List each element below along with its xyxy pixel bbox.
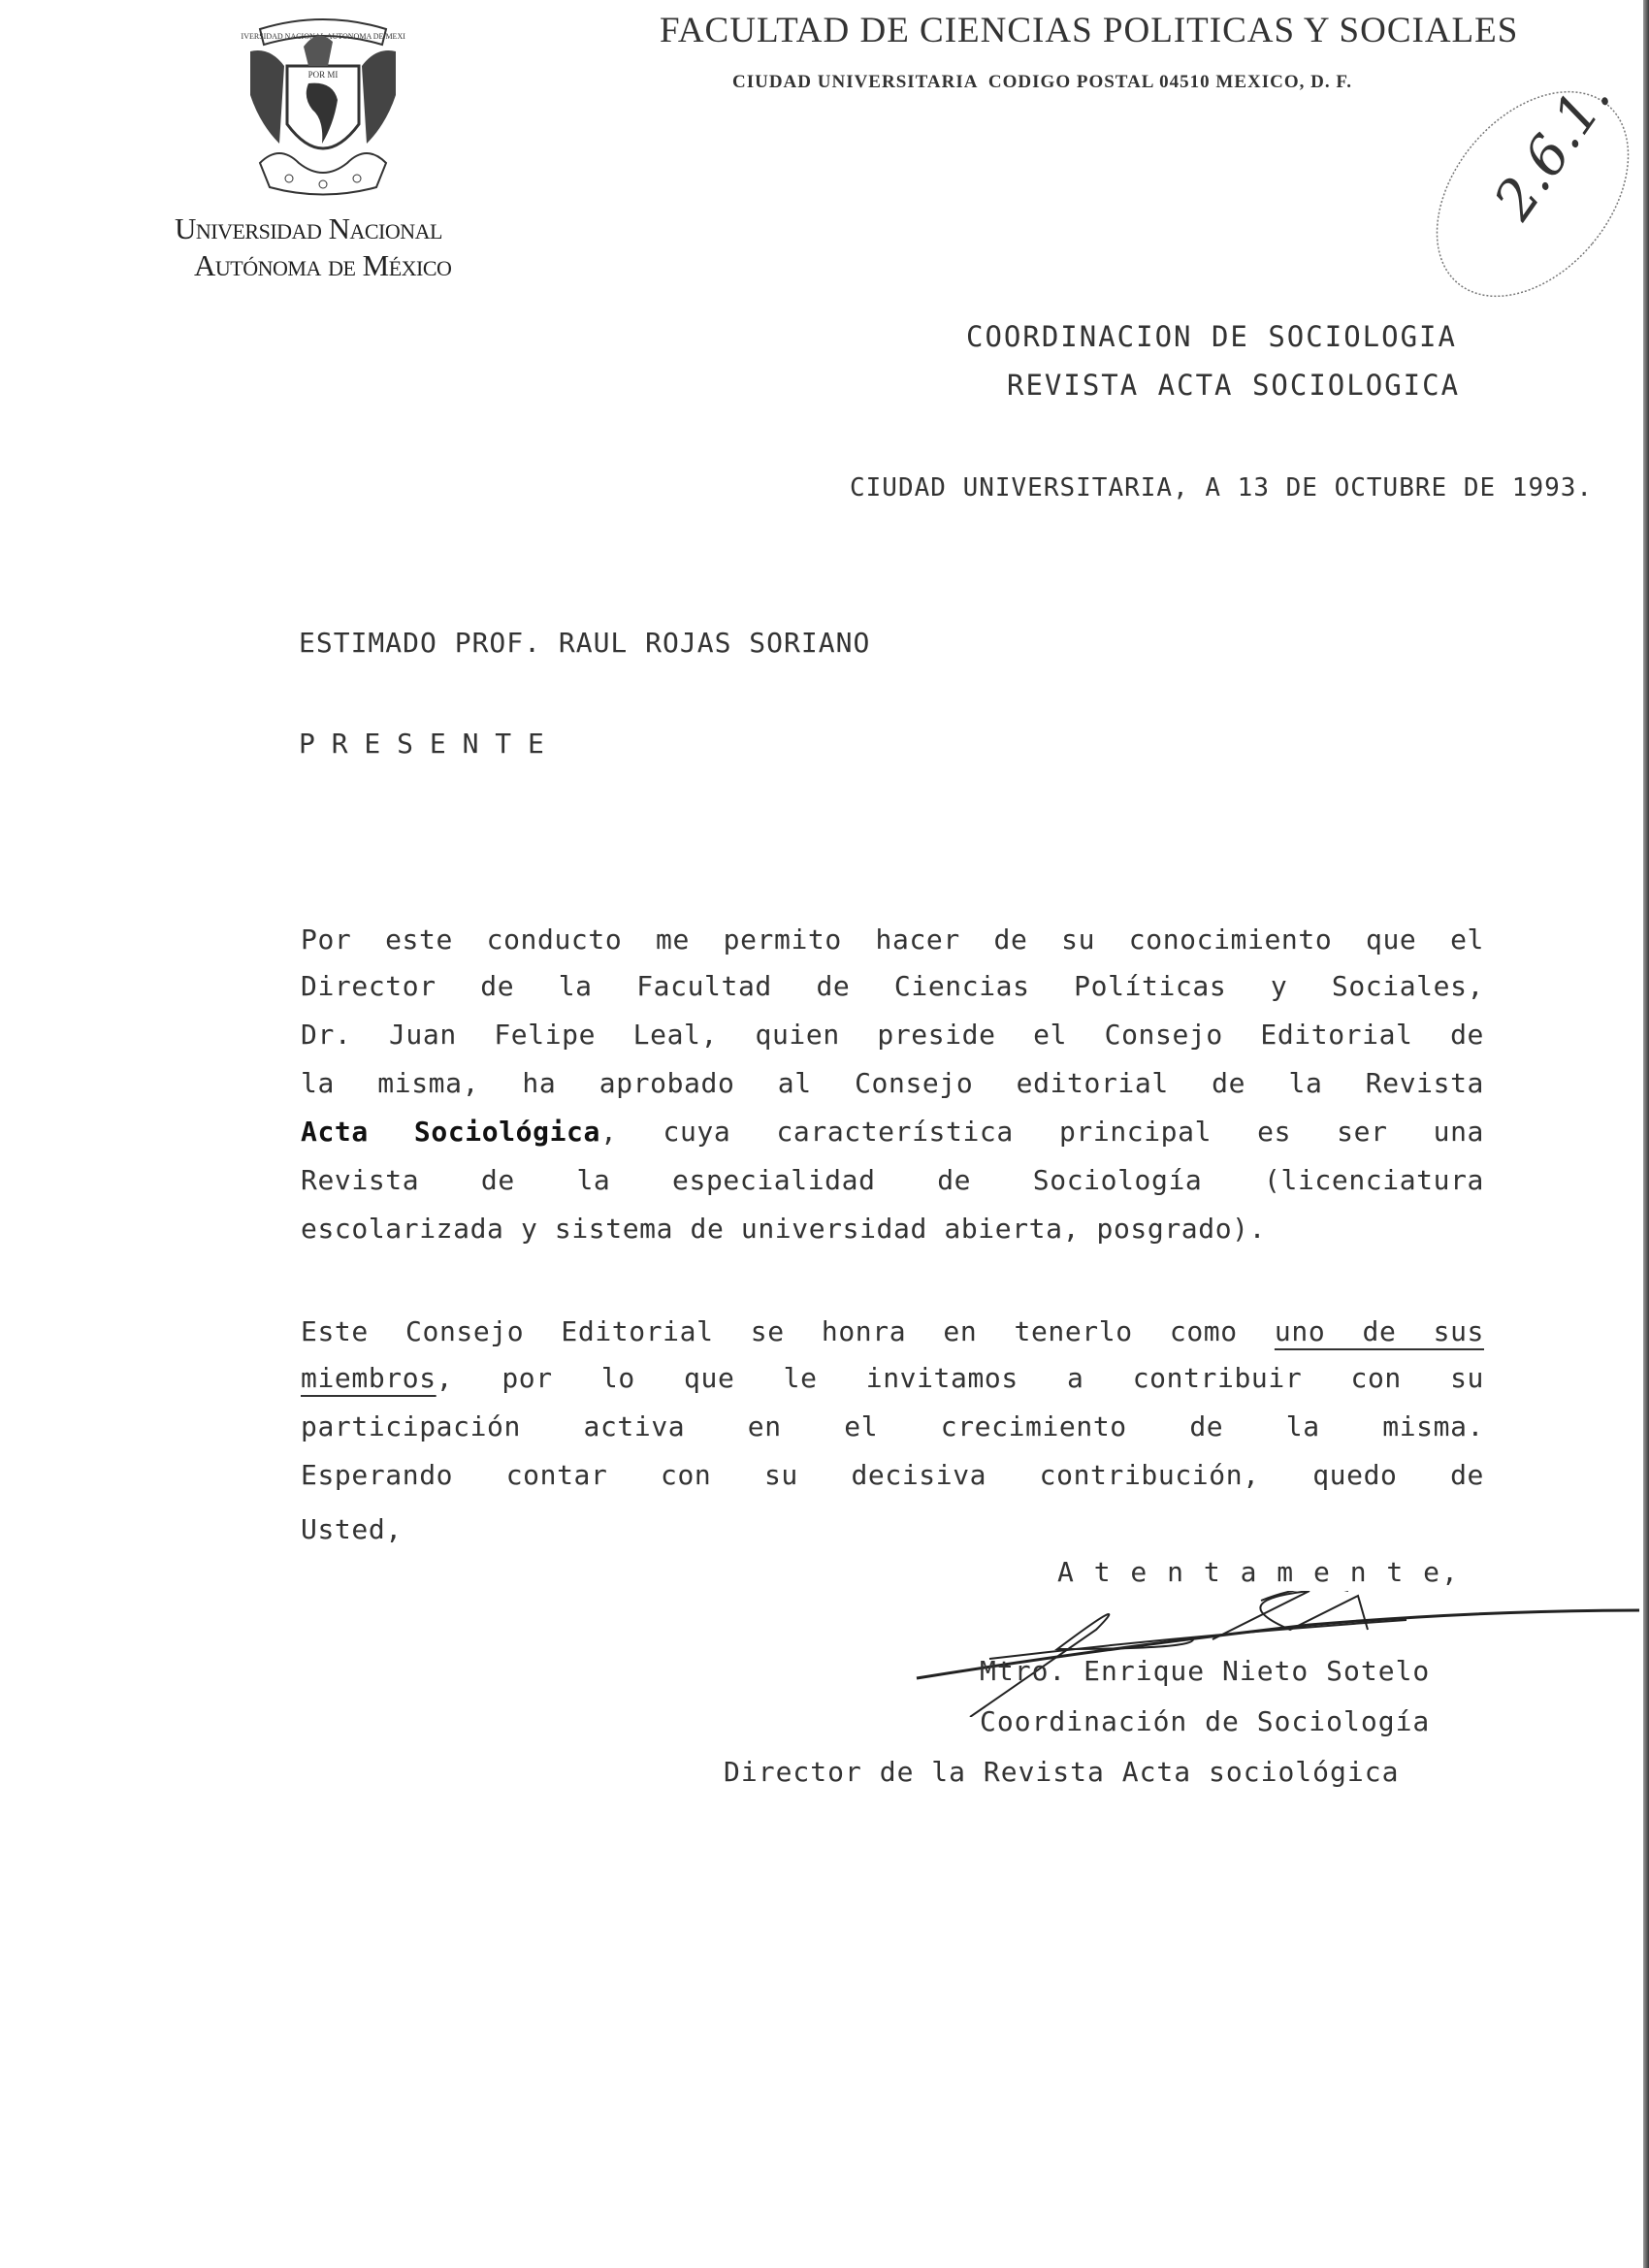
recipient-salutation: ESTIMADO PROF. RAUL ROJAS SORIANO (299, 627, 870, 659)
faculty-address: CIUDAD UNIVERSITARIA CODIGO POSTAL 04510… (732, 72, 1352, 93)
presente-line: P R E S E N T E (299, 728, 544, 760)
university-name-line1: Universidad Nacional (175, 211, 442, 246)
body-p1-line2: Director de la Facultad de Ciencias Polí… (301, 970, 1484, 1002)
signer-name: Mtro. Enrique Nieto Sotelo (980, 1655, 1430, 1687)
underlined-text: uno de sus (1275, 1315, 1484, 1347)
scan-edge (1643, 0, 1649, 2268)
place-and-date: CIUDAD UNIVERSITARIA, A 13 DE OCTUBRE DE… (850, 473, 1593, 502)
underlined-text: miembros (301, 1362, 436, 1394)
signer-title-1: Coordinación de Sociología (980, 1705, 1430, 1737)
svg-text:2.6.1.: 2.6.1. (1482, 78, 1624, 232)
body-p2-line4: Esperando contar con su decisiva contrib… (301, 1459, 1484, 1491)
handwritten-code-annotation: 2.6.1. (1426, 78, 1639, 310)
body-p2-line5: Usted, (301, 1513, 1484, 1545)
unam-crest-icon: UNIVERSIDAD NACIONAL AUTONOMA DE MEXICO … (241, 8, 405, 202)
department-heading: COORDINACION DE SOCIOLOGIA (966, 320, 1457, 353)
body-p1-line4: la misma, ha aprobado al Consejo editori… (301, 1067, 1484, 1099)
body-p1-line1: Por este conducto me permito hacer de su… (301, 923, 1484, 956)
journal-heading: REVISTA ACTA SOCIOLOGICA (1007, 369, 1460, 402)
body-p1-line5: Acta Sociológica, cuya característica pr… (301, 1116, 1484, 1148)
body-p1-line7: escolarizada y sistema de universidad ab… (301, 1213, 1484, 1245)
body-p2-line1: Este Consejo Editorial se honra en tener… (301, 1315, 1484, 1347)
university-name-line2: Autónoma de México (194, 248, 451, 283)
body-p2-line2: miembros, por lo que le invitamos a cont… (301, 1362, 1484, 1394)
body-p1-line6: Revista de la especialidad de Sociología… (301, 1164, 1484, 1196)
journal-name-bold: Acta Sociológica (301, 1116, 600, 1148)
body-p2-line3: participación activa en el crecimiento d… (301, 1410, 1484, 1442)
signer-title-2: Director de la Revista Acta sociológica (724, 1756, 1399, 1788)
valediction: A t e n t a m e n t e, (1057, 1556, 1460, 1588)
body-p1-line3: Dr. Juan Felipe Leal, quien preside el C… (301, 1019, 1484, 1051)
faculty-name: FACULTAD DE CIENCIAS POLITICAS Y SOCIALE… (660, 10, 1518, 51)
handwritten-signature (902, 1591, 1639, 1717)
svg-text:POR MI: POR MI (308, 70, 339, 80)
